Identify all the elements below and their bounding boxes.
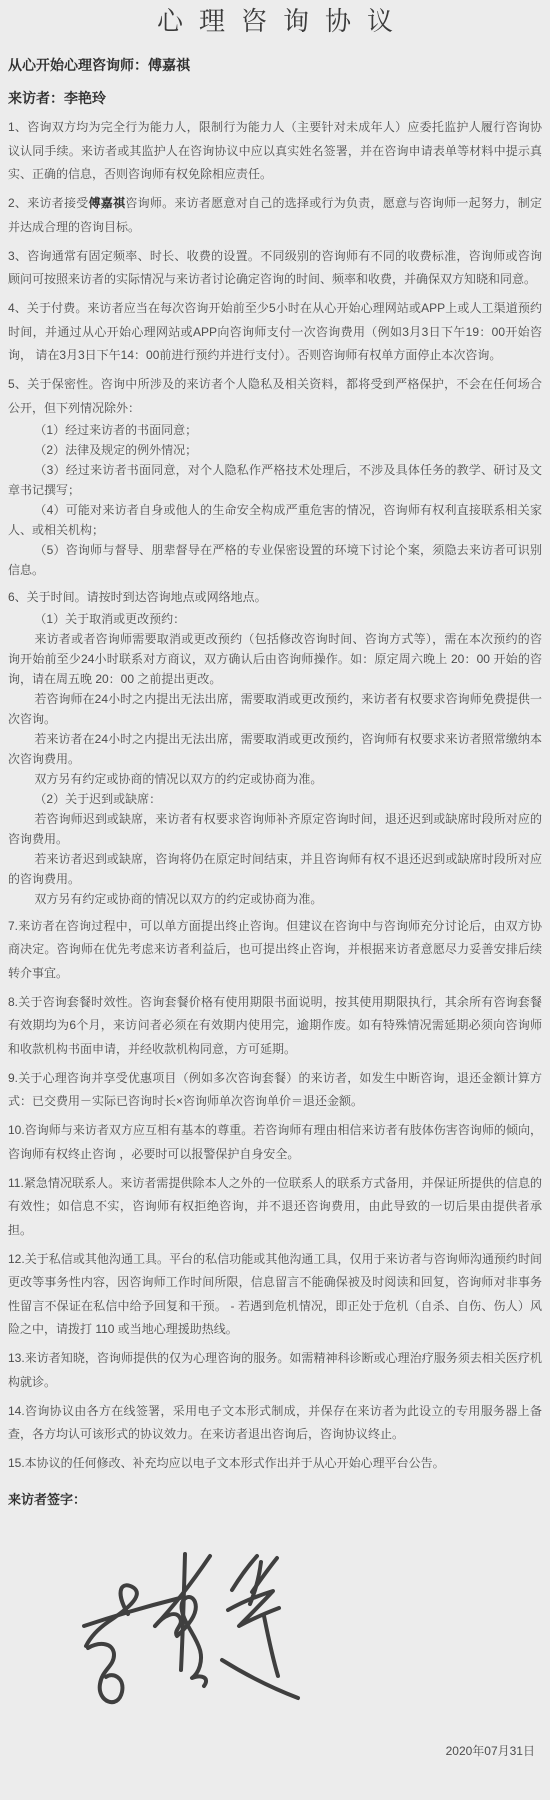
clause-9: 9.关于心理咨询并享受优惠项目（例如多次咨询套餐）的来访者，如发生中断咨询，退还… bbox=[8, 1067, 542, 1114]
clause-1: 1、咨询双方均为完全行为能力人，限制行为能力人（主要针对未成年人）应委托监护人履… bbox=[8, 116, 542, 187]
counselor-line: 从心开始心理咨询师：傅嘉祺 bbox=[8, 55, 542, 75]
clause-5: 5、关于保密性。咨询中所涉及的来访者个人隐私及相关资料，都将受到严格保护，不会在… bbox=[8, 373, 542, 580]
clause-6-intro: 6、关于时间。请按时到达咨询地点或网络地点。 bbox=[8, 586, 542, 610]
clause-7: 7.来访者在咨询过程中，可以单方面提出终止咨询。但建议在咨询中与咨询师充分讨论后… bbox=[8, 915, 542, 986]
clause-11: 11.紧急情况联系人。来访者需提供除本人之外的一位联系人的联系方式备用，并保证所… bbox=[8, 1172, 542, 1243]
clause-2: 2、来访者接受傅嘉祺咨询师。来访者愿意对自己的选择或行为负责，愿意与咨询师一起努… bbox=[8, 192, 542, 239]
clause-6-line-9: 双方另有约定或协商的情况以双方的约定或协商为准。 bbox=[8, 889, 542, 909]
clause-2-counselor-name: 傅嘉祺 bbox=[89, 196, 126, 210]
clause-6-line-7: 若咨询师迟到或缺席，来访者有权要求咨询师补齐原定咨询时间，退还迟到或缺席时段所对… bbox=[8, 809, 542, 849]
visitor-signature bbox=[56, 1530, 308, 1708]
clause-5-item-4: （4）可能对来访者自身或他人的生命安全构成严重危害的情况，咨询师有权利直接联系相… bbox=[8, 500, 542, 540]
visitor-label: 来访者： bbox=[8, 90, 64, 106]
signature-ink-strokes bbox=[56, 1530, 308, 1708]
clause-6-line-8: 若来访者迟到或缺席，咨询将仍在原定时间结束，并且咨询师有权不退还迟到或缺席时段所… bbox=[8, 849, 542, 889]
clause-6-line-1: （1）关于取消或更改预约： bbox=[8, 609, 542, 629]
clause-5-intro: 5、关于保密性。咨询中所涉及的来访者个人隐私及相关资料，都将受到严格保护，不会在… bbox=[8, 373, 542, 420]
clause-6-line-4: 若来访者在24小时之内提出无法出席，需要取消或更改预约，咨询师有权要求来访者照常… bbox=[8, 729, 542, 769]
agreement-document: 心理咨询协议 从心开始心理咨询师：傅嘉祺 来访者：李艳玲 1、咨询双方均为完全行… bbox=[0, 0, 550, 1800]
page-title: 心理咨询协议 bbox=[8, 3, 542, 39]
clause-4: 4、关于付费。来访者应当在每次咨询开始前至少5小时在从心开始心理网站或APP上或… bbox=[8, 297, 542, 368]
signature-label: 来访者签字： bbox=[8, 1490, 542, 1510]
clause-6-line-2: 来访者或者咨询师需要取消或更改预约（包括修改咨询时间、咨询方式等），需在本次预约… bbox=[8, 629, 542, 689]
visitor-line: 来访者：李艳玲 bbox=[8, 88, 542, 108]
clause-5-item-1: （1）经过来访者的书面同意； bbox=[8, 420, 542, 440]
clause-5-item-3: （3）经过来访者书面同意，对个人隐私作严格技术处理后，不涉及具体任务的教学、研讨… bbox=[8, 460, 542, 500]
clause-8: 8.关于咨询套餐时效性。咨询套餐价格有使用期限书面说明，按其使用期限执行，其余所… bbox=[8, 991, 542, 1062]
visitor-name: 李艳玲 bbox=[64, 90, 106, 106]
clause-10: 10.咨询师与来访者双方应互相有基本的尊重。若咨询师有理由相信来访者有肢体伤害咨… bbox=[8, 1119, 542, 1166]
counselor-name: 傅嘉祺 bbox=[148, 57, 190, 73]
date-stamp: 2020年07月31日 bbox=[8, 1742, 542, 1760]
clause-6-line-6: （2）关于迟到或缺席： bbox=[8, 789, 542, 809]
clause-6-line-3: 若咨询师在24小时之内提出无法出席，需要取消或更改预约，来访者有权要求咨询师免费… bbox=[8, 689, 542, 729]
clause-13: 13.来访者知晓，咨询师提供的仅为心理咨询的服务。如需精神科诊断或心理治疗服务须… bbox=[8, 1347, 542, 1394]
clause-5-item-2: （2）法律及规定的例外情况； bbox=[8, 440, 542, 460]
clause-6: 6、关于时间。请按时到达咨询地点或网络地点。 （1）关于取消或更改预约： 来访者… bbox=[8, 586, 542, 910]
clause-2-prefix: 2、来访者接受 bbox=[8, 196, 89, 210]
clause-15: 15.本协议的任何修改、补充均应以电子文本形式作出并于从心开始心理平台公告。 bbox=[8, 1452, 542, 1476]
clause-14: 14.咨询协议由各方在线签署，采用电子文本形式制成，并保存在来访者为此设立的专用… bbox=[8, 1400, 542, 1447]
clause-12: 12.关于私信或其他沟通工具。平台的私信功能或其他沟通工具，仅用于来访者与咨询师… bbox=[8, 1248, 542, 1342]
clause-5-item-5: （5）咨询师与督导、朋辈督导在严格的专业保密设置的环境下讨论个案，须隐去来访者可… bbox=[8, 540, 542, 580]
clause-3: 3、咨询通常有固定频率、时长、收费的设置。不同级别的咨询师有不同的收费标准，咨询… bbox=[8, 245, 542, 292]
counselor-label: 从心开始心理咨询师： bbox=[8, 57, 148, 73]
clause-6-line-5: 双方另有约定或协商的情况以双方的约定或协商为准。 bbox=[8, 769, 542, 789]
